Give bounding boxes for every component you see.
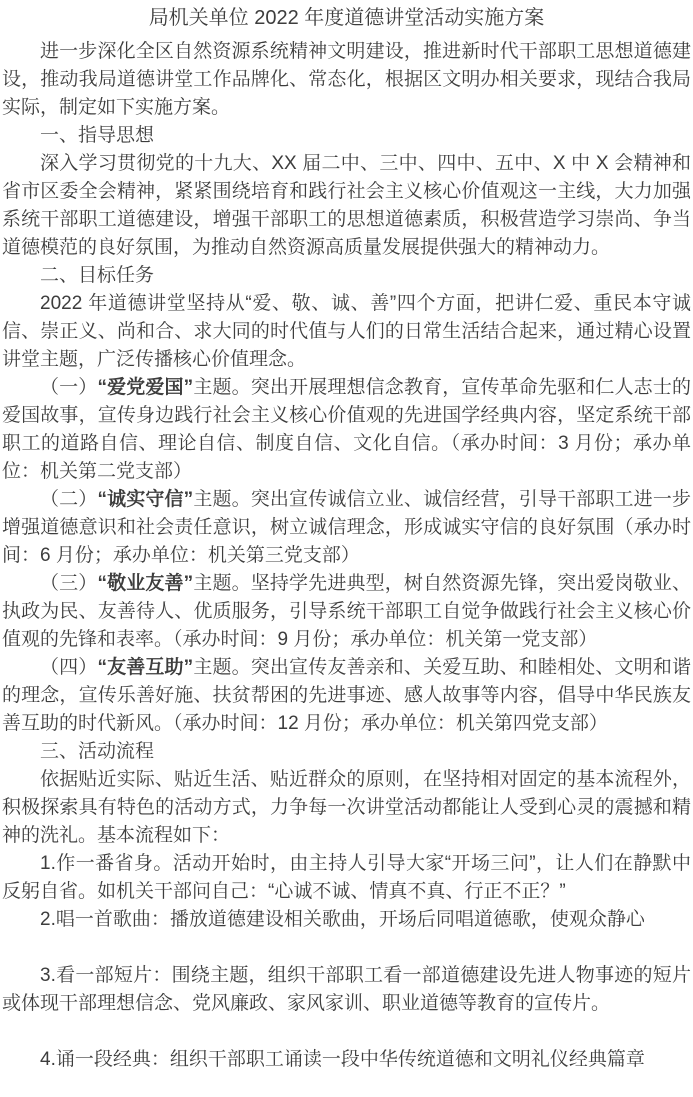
text-run: 三、活动流程 (40, 741, 154, 762)
section-heading: 三、活动流程 (2, 738, 691, 766)
paragraph: 3.看一部短片：围绕主题，组织干部职工看一部道德建设先进人物事迹的短片或体现干部… (2, 962, 691, 1018)
paragraph: （一）“爱党爱国”主题。突出开展理想信念教育，宣传革命先驱和仁人志士的爱国故事，… (2, 374, 691, 486)
text-run: （一） (40, 377, 97, 398)
text-run: （二） (40, 489, 97, 510)
text-run: 深入学习贯彻党的十九大、XX 届二中、三中、四中、五中、X 中 X 会精神和省市… (2, 153, 691, 258)
paragraph: 2022 年道德讲堂坚持从“爱、敬、诚、善”四个方面，把讲仁爱、重民本守诚信、崇… (2, 290, 691, 374)
text-run: 依据贴近实际、贴近生活、贴近群众的原则，在坚持相对固定的基本流程外，积极探索具有… (2, 769, 691, 846)
text-run: 3.看一部短片：围绕主题，组织干部职工看一部道德建设先进人物事迹的短片或体现干部… (2, 965, 691, 1014)
text-run: 二、目标任务 (40, 265, 154, 286)
paragraph: （四）“友善互助”主题。突出宣传友善亲和、关爱互助、和睦相处、文明和谐的理念，宣… (2, 654, 691, 738)
theme-name-bold: “爱党爱国” (97, 377, 193, 398)
text-run: 进一步深化全区自然资源系统精神文明建设，推进新时代干部职工思想道德建设，推动我局… (2, 41, 691, 118)
paragraph: 深入学习贯彻党的十九大、XX 届二中、三中、四中、五中、X 中 X 会精神和省市… (2, 150, 691, 262)
paragraph: 1.作一番省身。活动开始时，由主持人引导大家“开场三问”，让人们在静默中反躬自省… (2, 850, 691, 906)
paragraph: 2.唱一首歌曲：播放道德建设相关歌曲，开场后同唱道德歌，使观众静心 (2, 906, 691, 934)
section-heading: 一、指导思想 (2, 122, 691, 150)
document-body: 进一步深化全区自然资源系统精神文明建设，推进新时代干部职工思想道德建设，推动我局… (2, 38, 691, 1074)
paragraph: （二）“诚实守信”主题。突出宣传诚信立业、诚信经营，引导干部职工进一步增强道德意… (2, 486, 691, 570)
text-run: 一、指导思想 (40, 125, 154, 146)
document-title: 局机关单位 2022 年度道德讲堂活动实施方案 (2, 4, 691, 32)
theme-name-bold: “诚实守信” (97, 489, 193, 510)
text-run: 2.唱一首歌曲：播放道德建设相关歌曲，开场后同唱道德歌，使观众静心 (40, 909, 645, 930)
paragraph: 4.诵一段经典：组织干部职工诵读一段中华传统道德和文明礼仪经典篇章 (2, 1046, 691, 1074)
document-page: 局机关单位 2022 年度道德讲堂活动实施方案 进一步深化全区自然资源系统精神文… (0, 0, 693, 1097)
text-run: 2022 年道德讲堂坚持从“爱、敬、诚、善”四个方面，把讲仁爱、重民本守诚信、崇… (2, 293, 691, 370)
text-run: （三） (40, 573, 97, 594)
text-run: 1.作一番省身。活动开始时，由主持人引导大家“开场三问”，让人们在静默中反躬自省… (2, 853, 691, 902)
section-heading: 二、目标任务 (2, 262, 691, 290)
theme-name-bold: “敬业友善” (97, 573, 193, 594)
paragraph: （三）“敬业友善”主题。坚持学先进典型，树自然资源先锋，突出爱岗敬业、执政为民、… (2, 570, 691, 654)
paragraph: 进一步深化全区自然资源系统精神文明建设，推进新时代干部职工思想道德建设，推动我局… (2, 38, 691, 122)
paragraph: 依据贴近实际、贴近生活、贴近群众的原则，在坚持相对固定的基本流程外，积极探索具有… (2, 766, 691, 850)
text-run: （四） (40, 657, 97, 678)
text-run: 4.诵一段经典：组织干部职工诵读一段中华传统道德和文明礼仪经典篇章 (40, 1049, 645, 1070)
theme-name-bold: “友善互助” (97, 657, 193, 678)
